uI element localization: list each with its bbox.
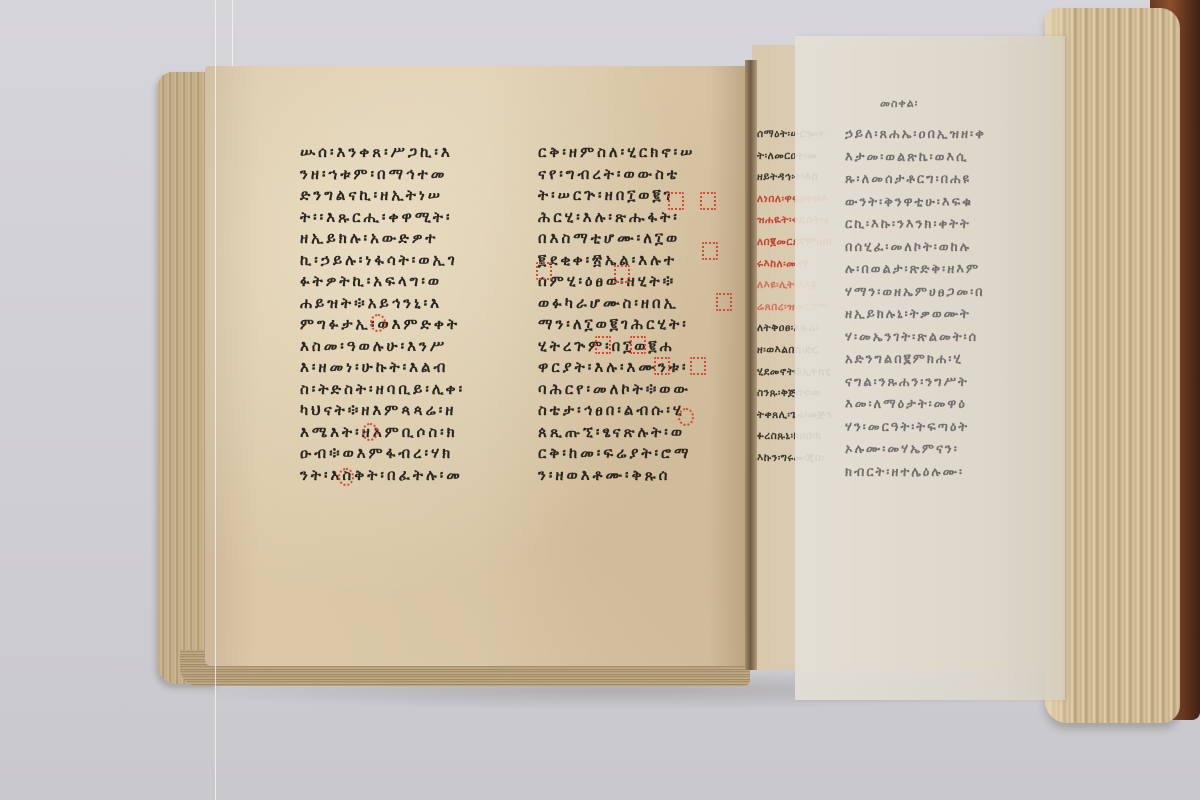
text-line: ናግል፡ንጹሐን፡ንግሥት xyxy=(845,372,986,395)
text-line: ት፡፡እጹርሒ፡ቀዋሚት፡ xyxy=(300,207,465,229)
rubric-mark xyxy=(678,408,694,426)
right-page-header: መስቀል፡ xyxy=(880,97,918,111)
rubric-mark xyxy=(595,336,611,354)
text-line: ርኪ፡እኩ፡ንእንክ፡ቀትት xyxy=(845,214,986,237)
rubric-mark xyxy=(614,265,630,283)
text-line: ማን፡ለ፲ወ፪ገሕርሂት፡ xyxy=(538,314,695,336)
text-line: ዘኢይክሉ፡አውድዎተ xyxy=(300,228,465,250)
text-line: ን፡ዘወእቶሙ፡ቅጹሰ xyxy=(538,465,695,487)
text-line: ሃ፡መኤንገት፡ጽልመት፡ሰ xyxy=(845,327,986,350)
text-line: ስ፡ትድስት፡ዘባቢይ፡ሊቀ፡ xyxy=(300,379,465,401)
tissue-text-column: ኃይለ፡ጸሐኤ፡ዐበኢዝዘ፡ቀ እታመ፡ወልጽኬ፡ወእሲ ጹ፡ለመሰታቶርግ፡በ… xyxy=(845,124,986,484)
text-line: ኃይለ፡ጸሐኤ፡ዐበኢዝዘ፡ቀ xyxy=(845,124,986,147)
text-line: ሂትረጕም፡በ፲ወ፪ሐ xyxy=(538,336,695,358)
text-line: በእስማቲሆሙ፡ለ፲ወ xyxy=(538,228,695,250)
rubric-mark xyxy=(690,357,706,375)
text-line: ሐይዝት፨አይኅንኒ፡እ xyxy=(300,293,465,315)
rubric-mark xyxy=(630,336,646,354)
text-line: ባሕርየ፡መለኮት፨ወው xyxy=(538,379,695,401)
text-line: ስቴታ፡ኅፀበ፡ልብሱ፡ሂ xyxy=(538,400,695,422)
gutter xyxy=(745,60,757,670)
rubric-mark xyxy=(702,242,718,260)
text-line: ወፉካራሆሙስ፡ዘበኢ xyxy=(538,293,695,315)
rubric-mark xyxy=(370,314,386,332)
text-line: በሰሂፈ፡መለኮት፡ወከሉ xyxy=(845,237,986,260)
manuscript-photo: ሡሰ፡እንቀጸ፡ሥጋኪ፡እ ንዘ፡ኀቱም፡በማኅተመ ድንግልናኪ፡ዘኢትነሠ … xyxy=(0,0,1200,800)
left-page-column-1: ሡሰ፡እንቀጸ፡ሥጋኪ፡እ ንዘ፡ኀቱም፡በማኅተመ ድንግልናኪ፡ዘኢትነሠ … xyxy=(300,142,465,486)
rubric-mark xyxy=(338,468,354,486)
text-line: ናየ፡ግብረት፡ወውስቴ xyxy=(538,164,695,186)
text-line: ኦሉሙ፡መሃኤምናን፡ xyxy=(845,439,986,462)
text-line: ርቅ፡ከመ፡ፍሬያት፡ሮማ xyxy=(538,443,695,465)
rubric-mark xyxy=(716,293,732,311)
text-line: ዑብ፨ወእምፋብረ፡ሃክ xyxy=(300,443,465,465)
rubric-mark xyxy=(654,357,670,375)
text-line: እስመ፡ዓወሉሁ፡እንሥ xyxy=(300,336,465,358)
text-line: እሜእት፡ዘእምቢሶስ፡ክ xyxy=(300,422,465,444)
text-line: ሃን፡መርዓት፡ትፍጣዕት xyxy=(845,417,986,440)
text-line: ኪ፡ኃይሉ፡ነፋሳት፡ወኢገ xyxy=(300,250,465,272)
text-line: ሉ፡በወልታ፡ጽድቅ፡ዘእም xyxy=(845,259,986,282)
text-line: ድንግልናኪ፡ዘኢትነሠ xyxy=(300,185,465,207)
text-line: ሡሰ፡እንቀጸ፡ሥጋኪ፡እ xyxy=(300,142,465,164)
text-line: እ፡ዘመነ፡ሁኩት፡እልብ xyxy=(300,357,465,379)
text-line: ንት፡እስቅት፡በፈትሉ፡መ xyxy=(300,465,465,487)
text-line: እመ፡ለማዕታት፡መዋዕ xyxy=(845,394,986,417)
text-line: አድንግልበ፪ምክሐ፡ሂ xyxy=(845,349,986,372)
text-line: ሃማን፡ወዘኤምሀፀጋመ፡በ xyxy=(845,282,986,305)
thread xyxy=(215,0,216,800)
thread xyxy=(232,0,233,70)
right-fore-edge xyxy=(1045,8,1180,723)
rubric-mark xyxy=(668,192,684,210)
rubric-mark xyxy=(700,192,716,210)
text-line: ዘኢይክሉኒ፡ትቃወሙት xyxy=(845,304,986,327)
text-line: ውንት፡ቅንዋቲሁ፡እፍቁ xyxy=(845,192,986,215)
rubric-mark xyxy=(536,262,552,280)
text-line: ንዘ፡ኀቱም፡በማኅተመ xyxy=(300,164,465,186)
text-line: ፉትዎትኪ፡አፍላግ፡ወ xyxy=(300,271,465,293)
text-line: እታመ፡ወልጽኬ፡ወእሲ xyxy=(845,147,986,170)
text-line: ጰጺጡኚ፡ፄናጽሉት፡ወ xyxy=(538,422,695,444)
rubric-mark xyxy=(362,423,378,441)
text-line: ዋርያት፡እሉ፡እሙንቱ፡ xyxy=(538,357,695,379)
text-line: ክብርት፡ዘተሌዕሉሙ፡ xyxy=(845,462,986,485)
text-line: ካህናት፨ዘእምጳጳሬ፡ዘ xyxy=(300,400,465,422)
text-line: ጹ፡ለመሰታቶርግ፡በሐዩ xyxy=(845,169,986,192)
text-line: ርቅ፡ዘምስለ፡ሂርክኖ፡ሠ xyxy=(538,142,695,164)
